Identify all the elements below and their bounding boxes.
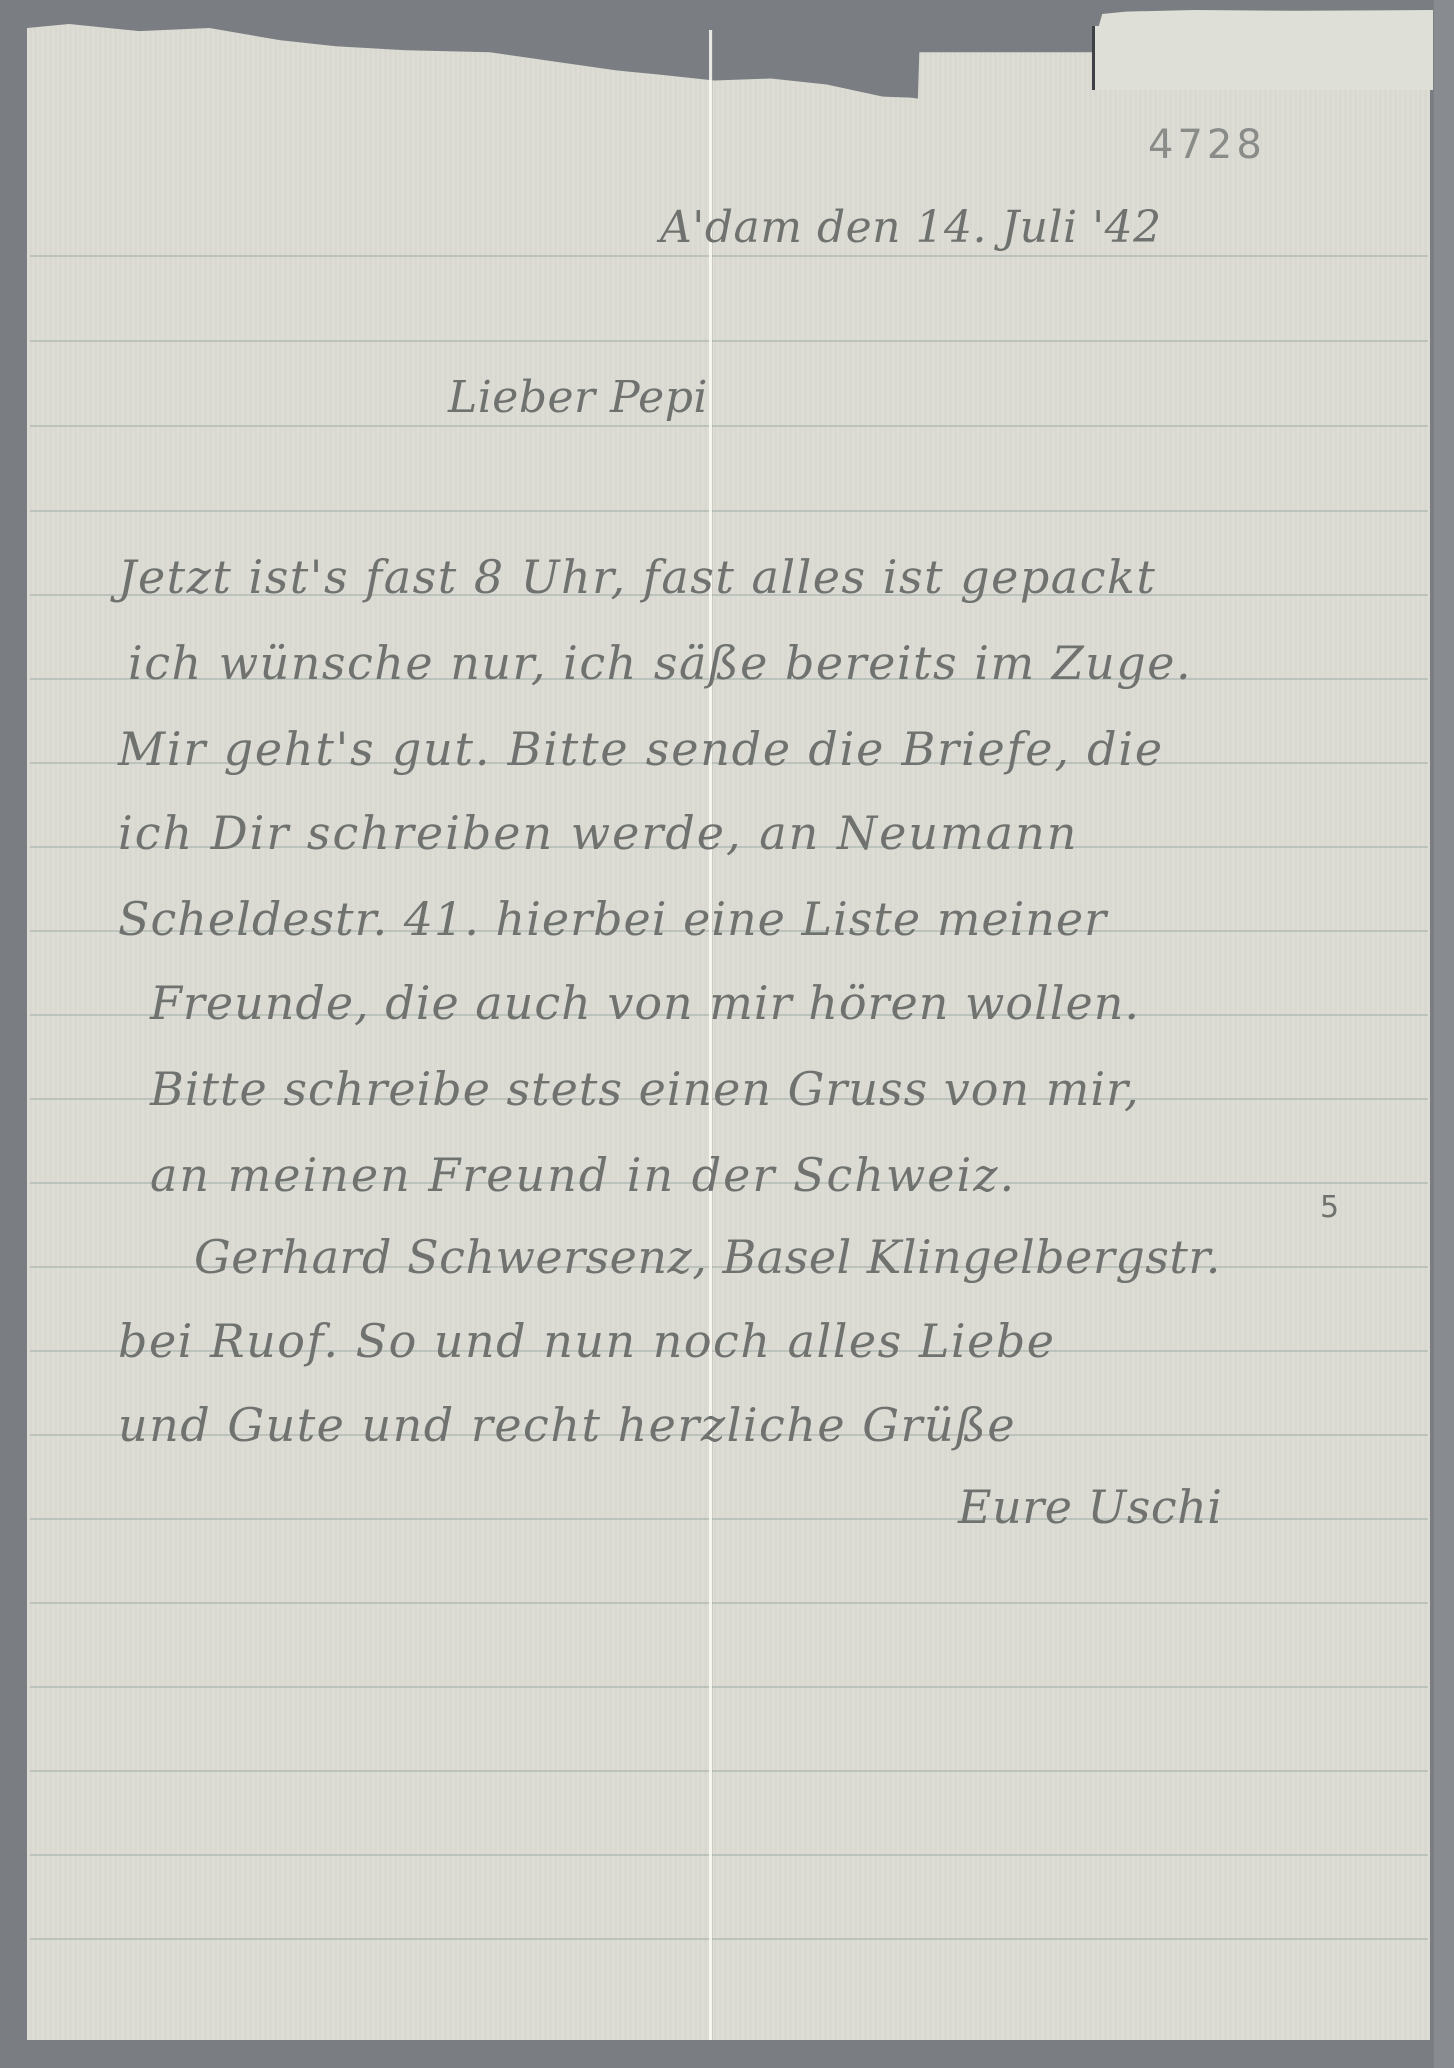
paper-fold-crease: [709, 30, 712, 2040]
ruled-line: [30, 1854, 1428, 1856]
torn-paper-fragment: [1092, 10, 1433, 90]
ruled-line: [30, 1686, 1428, 1688]
ruled-line: [30, 1938, 1428, 1940]
ruled-line: [30, 340, 1428, 342]
letter-body-line: Scheldestr. 41. hierbei eine Liste meine…: [118, 892, 1107, 946]
letter-salutation: Lieber Pepi: [448, 372, 708, 423]
archive-number: 4728: [1148, 122, 1266, 168]
letter-address-line: Gerhard Schwersenz, Basel Klingelbergstr…: [194, 1230, 1221, 1284]
letter-signature: Eure Uschi: [958, 1480, 1223, 1534]
letter-body-line: Freunde, die auch von mir hören wollen.: [150, 976, 1140, 1030]
letter-body-line: ich Dir schreiben werde, an Neumann: [118, 806, 1078, 860]
letter-body-line: Mir geht's gut. Bitte sende die Briefe, …: [118, 722, 1164, 776]
ruled-line: [30, 1770, 1428, 1772]
ruled-line: [30, 1602, 1428, 1604]
address-house-number: 5: [1320, 1190, 1339, 1225]
letter-body-line: ich wünsche nur, ich säße bereits im Zug…: [128, 636, 1192, 690]
letter-body-line: bei Ruof. So und nun noch alles Liebe: [118, 1314, 1056, 1368]
ruled-line: [30, 255, 1428, 257]
letter-body-line: Bitte schreibe stets einen Gruss von mir…: [150, 1062, 1140, 1116]
letter-body-line: und Gute und recht herzliche Grüße: [118, 1398, 1016, 1452]
letter-body-line: Jetzt ist's fast 8 Uhr, fast alles ist g…: [118, 550, 1156, 604]
scanner-edge: [1434, 0, 1454, 2068]
letter-body-line: an meinen Freund in der Schweiz.: [150, 1148, 1016, 1202]
ruled-line: [30, 425, 1428, 427]
letter-paper: [27, 22, 1430, 2040]
letter-dateline: A'dam den 14. Juli '42: [660, 202, 1162, 253]
ruled-line: [30, 510, 1428, 512]
